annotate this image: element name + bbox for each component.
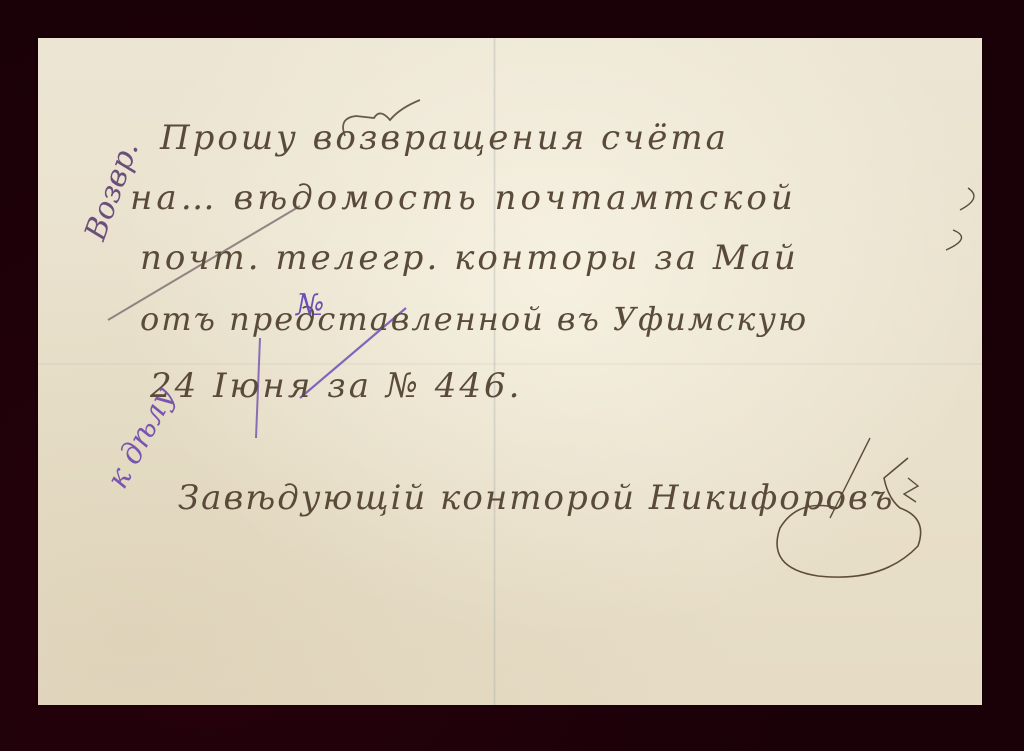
annotation-number-mark: № <box>296 288 324 323</box>
body-line-2: на… вѣдомость почтамтской <box>130 178 797 218</box>
body-line-5-date-number: 24 Іюня за № 446. <box>150 366 522 406</box>
body-line-3: почт. телегр. конторы за Май <box>140 238 799 278</box>
body-line-1: Прошу возвращения счёта <box>160 118 729 158</box>
signature-text: Завѣдующій конторой Никифоровъ <box>178 478 894 518</box>
scanned-document: Прошу возвращения счёта на… вѣдомость по… <box>0 0 1024 751</box>
paper-sheet: Прошу возвращения счёта на… вѣдомость по… <box>38 38 982 705</box>
horizontal-fold-crease <box>38 363 982 365</box>
annotation-to-file: к дѣлу <box>100 381 182 494</box>
body-line-4: отъ представленной въ Уфимскую <box>140 300 808 338</box>
